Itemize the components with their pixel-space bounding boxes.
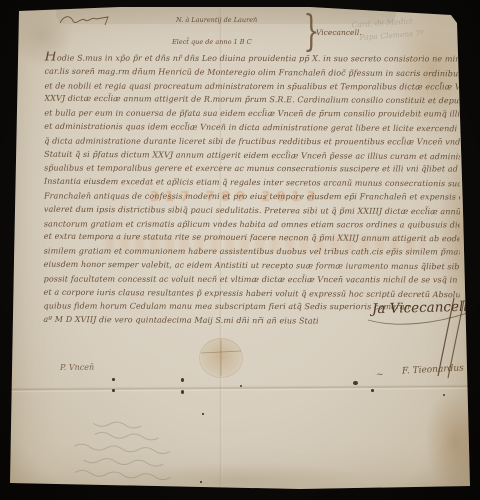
- ink-dot: [202, 413, 204, 415]
- seal-stain: [199, 338, 243, 378]
- manuscript-line: Franchalen̄ antiquas de confessis modern…: [44, 189, 460, 204]
- signature-text: Ja Vicecancell: [372, 299, 468, 317]
- ink-dot: [181, 390, 184, 394]
- docket-line-2: Elect̃ que de anno 1 B C: [172, 38, 252, 46]
- manuscript-line: Hodie S.mus in xp̃o p̃r et dñs nr̃ dñs L…: [45, 52, 461, 67]
- manuscript-paper: N. à Laurentij de Lauren̄ Elect̃ que de …: [0, 0, 480, 500]
- pencil-inscription-bottom-left: [28, 414, 181, 486]
- registration-squiggle-mark: [58, 12, 112, 30]
- signature-right-flourish: ~: [376, 370, 384, 380]
- manuscript-photo: N. à Laurentij de Lauren̄ Elect̃ que de …: [0, 0, 480, 500]
- manuscript-line: q̃ dicta administratione durante liceret…: [44, 134, 460, 149]
- manuscript-line: valeret dum ipsis districtibus sibiq̃ pa…: [44, 202, 460, 218]
- signature-left: P. Vncen̄: [60, 363, 94, 372]
- manuscript-text-block: Hodie S.mus in xp̃o p̃r et dñs nr̃ dñs L…: [43, 51, 460, 329]
- ink-dot: [353, 381, 358, 385]
- ink-dot: [371, 389, 374, 392]
- manuscript-line: possit facultatem concessit ac voluit ne…: [44, 272, 460, 287]
- manuscript-line: eiusdem honor semper valebit, ac eidem A…: [44, 258, 460, 274]
- manuscript-line: car.lis soren̄ mag.rm dñum Henricũ de Mo…: [44, 65, 460, 81]
- ink-dot: [200, 481, 202, 483]
- manuscript-line: et administrationis quas idem eccl̃iæ Vn…: [44, 120, 460, 136]
- docket-line-1: N. à Laurentij de Lauren̄: [176, 16, 257, 24]
- ink-dot: [181, 378, 184, 382]
- pencil-annotation-top-right: Card. de Medici Papa Clemens 7º: [351, 14, 424, 45]
- ink-dot: [112, 389, 115, 392]
- ink-dot: [240, 385, 242, 387]
- ink-dot: [443, 394, 445, 396]
- paper-stain: [425, 388, 480, 493]
- ink-dot: [112, 378, 115, 381]
- manuscript-line: aº M D XVIIJ die vero quintadecima Maij …: [43, 313, 318, 328]
